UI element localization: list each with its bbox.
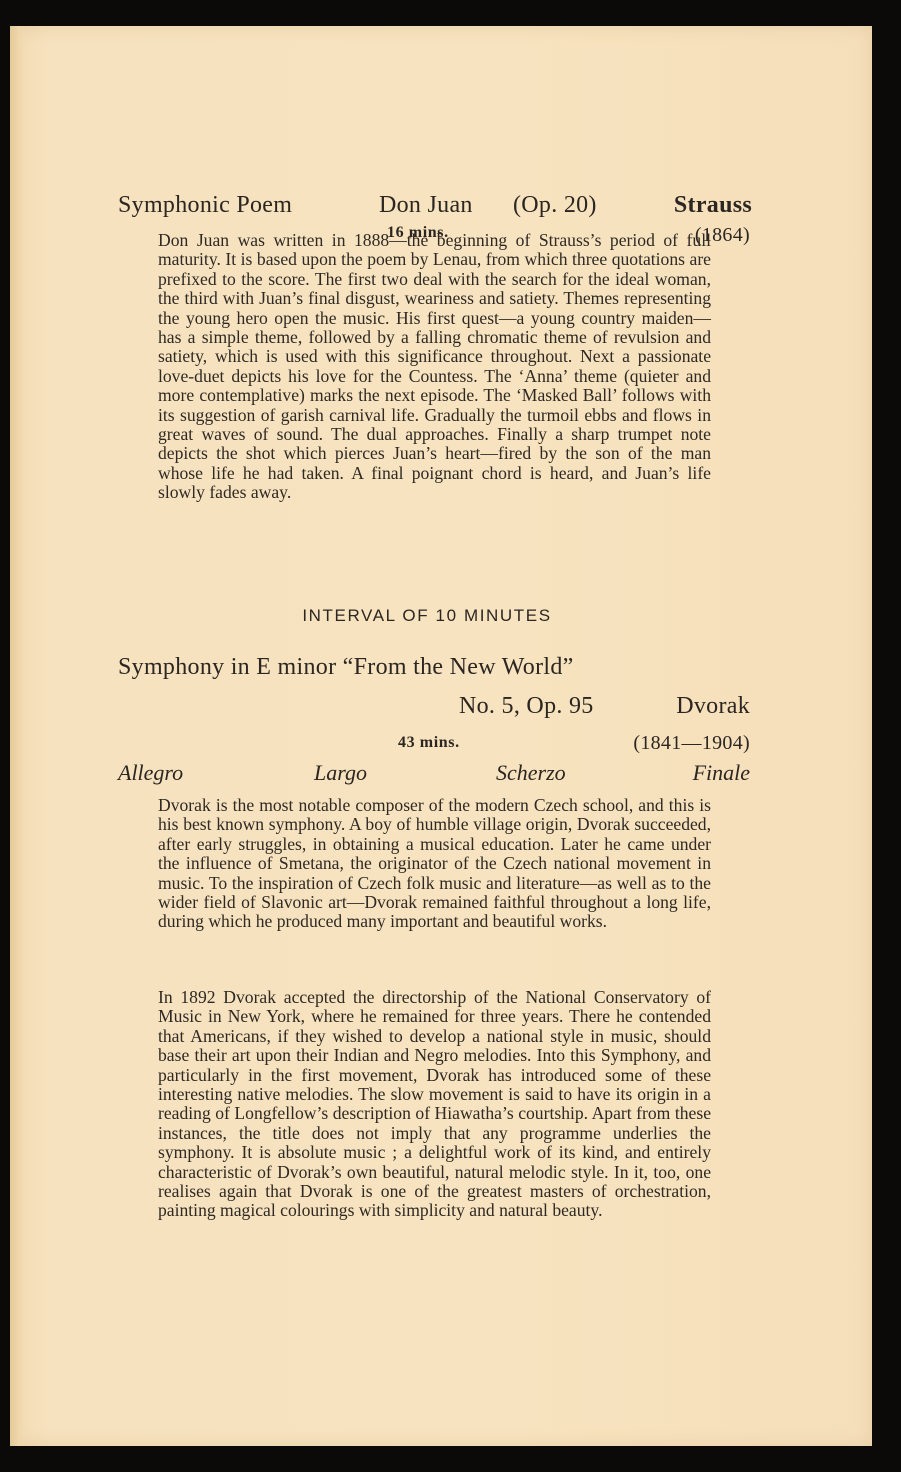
piece2-composer: Dvorak	[676, 693, 750, 720]
movement-allegro: Allegro	[118, 760, 183, 786]
piece1-form: Symphonic Poem	[118, 192, 292, 219]
movement-scherzo: Scherzo	[496, 760, 566, 786]
piece2-duration: 43 mins.	[398, 734, 460, 752]
piece2-notes-paragraph-2: In 1892 Dvorak accepted the directorship…	[158, 988, 711, 1221]
interval-notice: INTERVAL OF 10 MINUTES	[0, 606, 858, 626]
piece2-composer-dates: (1841—1904)	[633, 732, 750, 755]
piece2-title: Symphony in E minor “From the New World”	[118, 654, 574, 681]
page-binding-edge	[10, 26, 24, 1446]
piece1-title: Don Juan	[379, 192, 473, 219]
piece1-composer: Strauss	[674, 192, 752, 219]
movement-finale: Finale	[693, 760, 750, 786]
piece2-notes-paragraph-1: Dvorak is the most notable composer of t…	[158, 796, 711, 932]
piece1-opus: (Op. 20)	[513, 192, 597, 219]
piece2-number-opus: No. 5, Op. 95	[459, 693, 594, 720]
movement-largo: Largo	[314, 760, 367, 786]
program-page: Symphonic Poem Don Juan (Op. 20) Strauss…	[10, 26, 872, 1446]
piece1-notes: Don Juan was written in 1888—the beginni…	[158, 231, 711, 503]
